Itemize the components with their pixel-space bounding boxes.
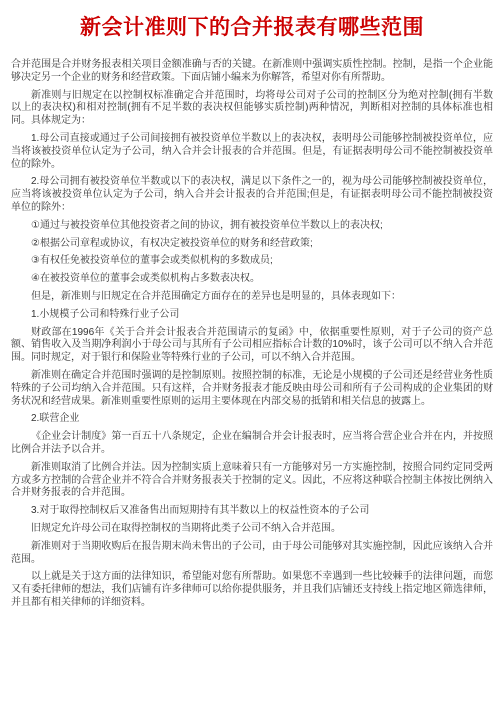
difference-1-heading: 1.小规模子公司和特殊行业子公司 (11, 309, 493, 322)
difference-3-heading: 3.对于取得控制权后又准备售出而短期持有其半数以上的权益性资本的子公司 (11, 505, 493, 518)
condition-2-item: ②根据公司章程或协议，有权决定被投资单位的财务和经营政策; (11, 238, 493, 251)
rule-1-paragraph: 1.母公司直接或通过子公司间接拥有被投资单位半数以上的表决权，表明母公司能够控制… (11, 133, 493, 171)
difference-2-old-rule-paragraph: 《企业会计制度》第一百五十八条规定，企业在编制合并会计报表时，应当将合营企业合并… (11, 431, 493, 457)
condition-1-item: ①通过与被投资单位其他投资者之间的协议，拥有被投资单位半数以上的表决权; (11, 220, 493, 233)
article-body: 合并范围是合并财务报表相关项目金额准确与否的关键。在新准则中强调实质性控制。控制… (11, 48, 493, 610)
rule-2-paragraph: 2.母公司拥有被投资单位半数或以下的表决权，满足以下条件之一的，视为母公司能够控… (11, 176, 493, 214)
condition-3-item: ③有权任免被投资单位的董事会或类似机构的多数成员; (11, 255, 493, 268)
difference-3-new-rule-paragraph: 新准则对于当期收购后在报告期末尚未售出的子公司，由于母公司能够对其实施控制，因此… (11, 541, 493, 567)
difference-1-new-rule-paragraph: 新准则在确定合并范围时强调的是控制原则。按照控制的标准，无论是小规模的子公司还是… (11, 370, 493, 408)
condition-4-item: ④在被投资单位的董事会或类似机构占多数表决权。 (11, 273, 493, 286)
intro-paragraph: 合并范围是合并财务报表相关项目金额准确与否的关键。在新准则中强调实质性控制。控制… (11, 59, 493, 85)
article-page: 新会计准则下的合并报表有哪些范围 合并范围是合并财务报表相关项目金额准确与否的关… (0, 0, 504, 713)
difference-2-heading: 2.联营企业 (11, 413, 493, 426)
article-title: 新会计准则下的合并报表有哪些范围 (11, 0, 493, 48)
difference-2-new-rule-paragraph: 新准则取消了比例合并法。因为控制实质上意味着只有一方能够对另一方实施控制，按照合… (11, 462, 493, 500)
overview-paragraph: 新准则与旧规定在以控制权标准确定合并范围时，均将母公司对子公司的控制区分为绝对控… (11, 90, 493, 128)
differences-intro-paragraph: 但是，新准则与旧规定在合并范围确定方面存在的差异也是明显的，具体表现如下： (11, 291, 493, 304)
difference-3-old-rule-paragraph: 旧规定允许母公司在取得控制权的当期将此类子公司不纳入合并范围。 (11, 523, 493, 536)
closing-paragraph: 以上就是关于这方面的法律知识，希望能对您有所帮助。如果您不幸遇到一些比较棘手的法… (11, 571, 493, 609)
difference-1-old-rule-paragraph: 财政部在1996年《关于合并会计报表合并范围请示的复函》中，依据重要性原则，对于… (11, 327, 493, 365)
